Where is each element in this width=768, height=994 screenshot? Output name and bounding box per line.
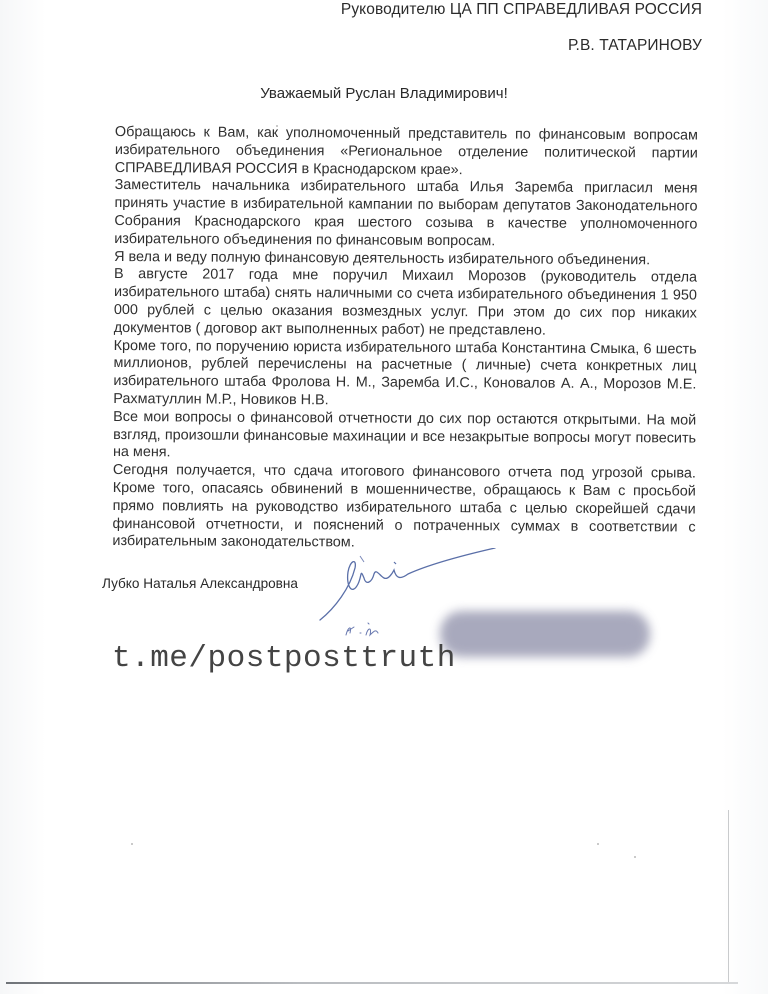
paragraph-request: Сегодня получается, что сдача итогового …	[112, 462, 696, 555]
initials-icon	[342, 615, 392, 643]
addressee-line-2: Р.В. ТАТАРИНОВУ	[568, 37, 702, 55]
letter-greeting: Уважаемый Руслан Владимирович!	[0, 85, 768, 102]
watermark-text: t.me/postposttruth	[112, 641, 456, 676]
redaction-blur	[440, 611, 650, 657]
paragraph-open-questions: Все мои вопросы о финансовой отчетности …	[113, 409, 696, 466]
page-edge-right	[728, 810, 729, 982]
signatory-name: Лубко Наталья Александровна	[102, 576, 298, 591]
paragraph-cash-withdrawal: В августе 2017 года мне поручил Михаил М…	[114, 266, 697, 341]
paragraph-invitation: Заместитель начальника избирательного шт…	[114, 177, 697, 252]
scanned-letter-page: Руководителю ЦА ПП СПРАВЕДЛИВАЯ РОССИЯ Р…	[0, 0, 768, 994]
page-edge-bottom	[6, 982, 738, 984]
addressee-line-1: Руководителю ЦА ПП СПРАВЕДЛИВАЯ РОССИЯ	[341, 1, 702, 19]
scan-speck	[597, 843, 599, 845]
scan-speck	[131, 843, 133, 845]
paragraph-transfers: Кроме того, по поручению юриста избирате…	[113, 338, 696, 413]
letter-body: Обращаюсь к Вам, как уполномоченный пред…	[112, 124, 698, 555]
scan-speck	[276, 125, 278, 127]
paragraph-introduction: Обращаюсь к Вам, как уполномоченный пред…	[115, 124, 698, 181]
scan-speck	[634, 856, 636, 858]
